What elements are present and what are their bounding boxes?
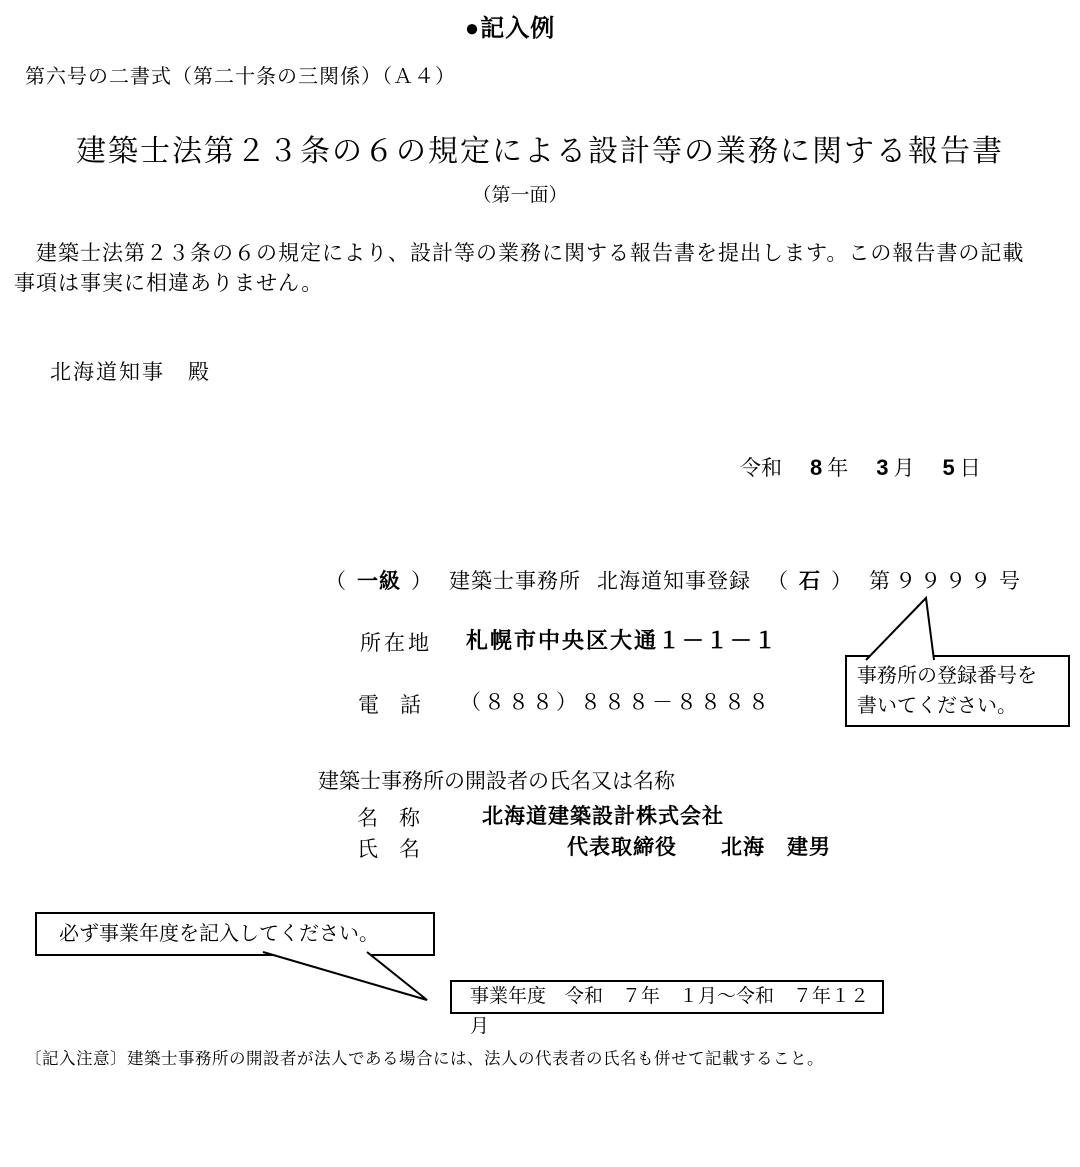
person-name-value: 代表取締役 北海 建男 bbox=[567, 831, 831, 861]
date-day-value: 5 bbox=[943, 455, 955, 480]
callout-tail-fiscal bbox=[263, 952, 427, 1000]
callout-registration-line-1: 事務所の登録番号を bbox=[857, 661, 1068, 691]
founder-heading: 建築士事務所の開設者の氏名又は名称 bbox=[318, 765, 675, 795]
entry-note: 〔記入注意〕建築士事務所の開設者が法人である場合には、法人の代表者の氏名も併せて… bbox=[25, 1045, 824, 1069]
person-name-label: 氏 名 bbox=[357, 833, 420, 863]
date-month-unit: 月 bbox=[894, 456, 915, 480]
reg-number-value: ９９９９ bbox=[895, 570, 995, 593]
callout-registration-line-2: 書いてください。 bbox=[857, 691, 1068, 721]
paren-open: （ bbox=[325, 569, 347, 593]
callout-registration-note: 事務所の登録番号を 書いてください。 bbox=[845, 655, 1070, 727]
paren-close: ） bbox=[831, 569, 853, 593]
reg-number-prefix: 第 bbox=[869, 569, 891, 593]
office-label: 建築士事務所 bbox=[449, 569, 581, 593]
era-label: 令和 bbox=[740, 456, 782, 480]
declaration-line-1: 建築士法第２３条の６の規定により、設計等の業務に関する報告書を提出します。この報… bbox=[14, 238, 1070, 268]
date-year-unit: 年 bbox=[827, 456, 848, 480]
document-page: ●記入例 第六号の二書式（第二十条の三関係）（Ａ４） 建築士法第２３条の６の規定… bbox=[0, 0, 1080, 1167]
callout-tail-registration bbox=[866, 598, 934, 660]
doc-subtitle: （第一面） bbox=[0, 180, 1040, 207]
date-month-value: 3 bbox=[876, 455, 888, 480]
phone-label: 電 話 bbox=[358, 689, 421, 719]
example-header: ●記入例 bbox=[0, 8, 1020, 43]
declaration-line-2: 事項は事実に相違ありません。 bbox=[14, 268, 1070, 298]
addressee: 北海道知事 殿 bbox=[50, 356, 211, 386]
license-grade-value: 一級 bbox=[357, 570, 401, 593]
doc-title: 建築士法第２３条の６の規定による設計等の業務に関する報告書 bbox=[0, 126, 1080, 170]
registration-line: （一級）建築士事務所北海道知事登録（石）第９９９９号 bbox=[325, 565, 1021, 595]
date-year-value: 8 bbox=[810, 455, 822, 480]
reg-number-suffix: 号 bbox=[999, 569, 1021, 593]
form-code: 第六号の二書式（第二十条の三関係）（Ａ４） bbox=[25, 60, 456, 89]
callout-fiscal-note: 必ず事業年度を記入してください。 bbox=[35, 912, 435, 956]
address-value: 札幌市中央区大通１－１－１ bbox=[466, 624, 778, 655]
area-code-value: 石 bbox=[799, 570, 821, 593]
paren-close: ） bbox=[411, 569, 433, 593]
company-name-value: 北海道建築設計株式会社 bbox=[482, 800, 724, 830]
registry-label: 北海道知事登録 bbox=[597, 569, 751, 593]
date-day-unit: 日 bbox=[960, 456, 981, 480]
address-label: 所在地 bbox=[360, 627, 432, 657]
paren-open: （ bbox=[767, 569, 789, 593]
report-date: 令和8年3月5日 bbox=[740, 452, 981, 482]
fiscal-year-box: 事業年度 令和 ７年 １月～令和 ７年１２月 bbox=[450, 980, 884, 1014]
phone-value: （８８８）８８８－８８８８ bbox=[460, 686, 772, 716]
declaration-paragraph: 建築士法第２３条の６の規定により、設計等の業務に関する報告書を提出します。この報… bbox=[14, 238, 1070, 298]
company-name-label: 名 称 bbox=[357, 802, 420, 832]
